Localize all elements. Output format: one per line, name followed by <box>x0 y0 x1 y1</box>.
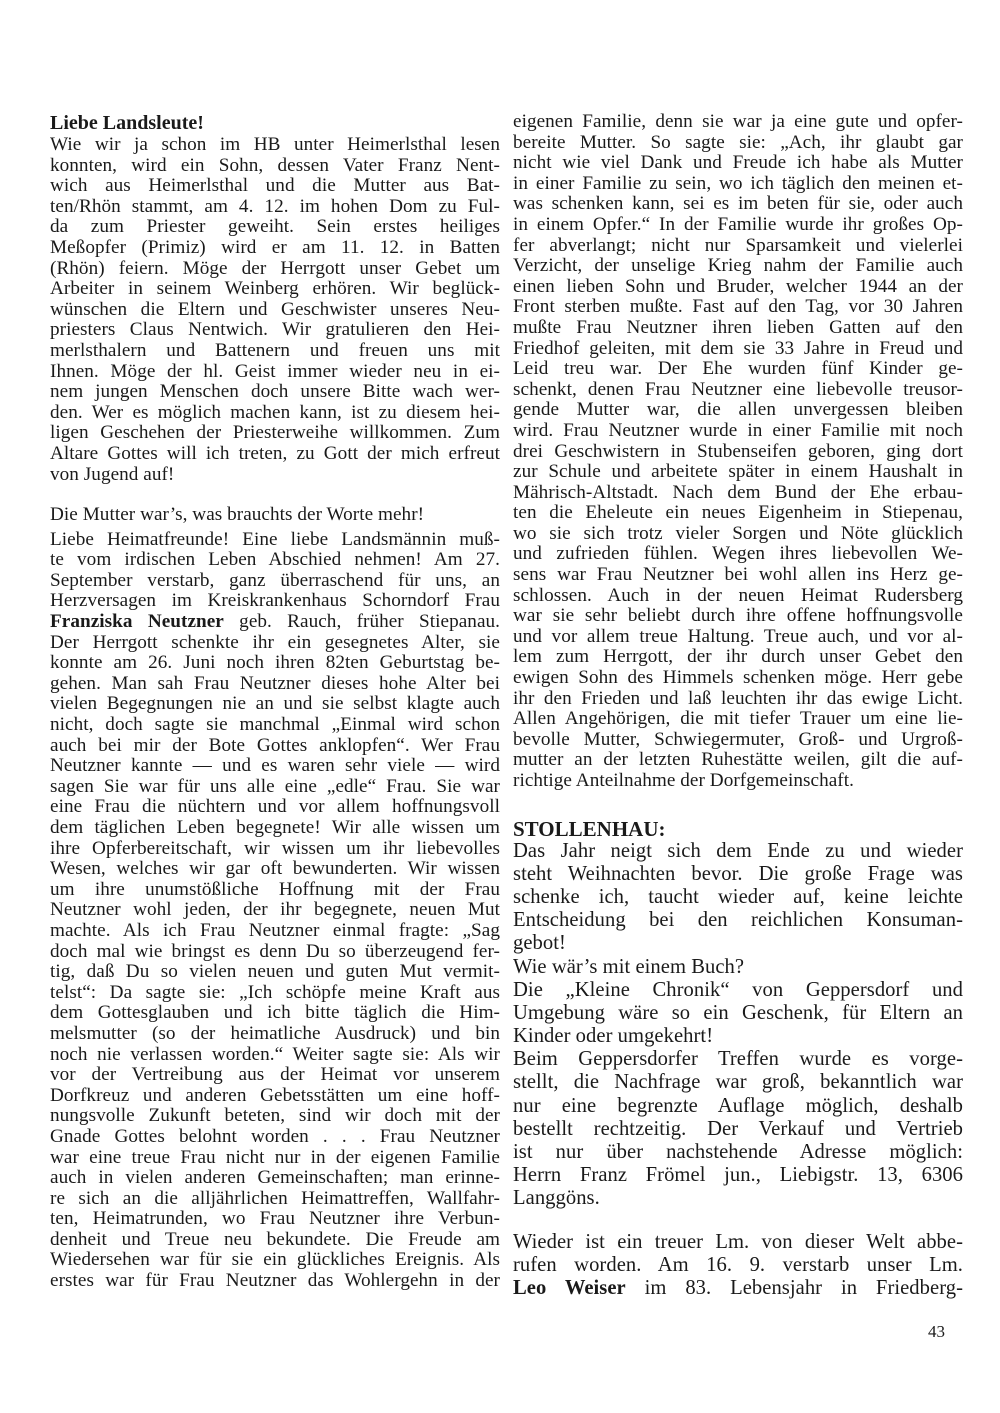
text-line: eine Frau die nüchtern und vor allem hof… <box>50 797 500 818</box>
text-line: Entscheidung bei den reichlichen Konsuma… <box>513 909 963 932</box>
text-line: nicht wie viel Dank und Freude ich habe … <box>513 153 963 174</box>
text-line: dem Gottesglauben und ich bitte täglich … <box>50 1003 500 1024</box>
text-line: doch mal wie bringst es denn Du so überz… <box>50 942 500 963</box>
text-line: steht Weihnachten bevor. Die große Frage… <box>513 863 963 886</box>
text-line: merlsthalern und Battenern und freuen un… <box>50 341 500 362</box>
text-line: Wesen, welches wir gar oft bewunderten. … <box>50 859 500 880</box>
text-line: sagen Sie war für uns alle eine „edle“ F… <box>50 777 500 798</box>
text-line: Umgebung wäre so ein Geschenk, für Elter… <box>513 1002 963 1025</box>
text-line: tig, daß Du so vielen neuen und guten Mu… <box>50 962 500 983</box>
text-line: gebot! <box>513 932 963 955</box>
text-line: was schenken kann, sei es im beten für s… <box>513 194 963 215</box>
text-line: nem jungen Menschen doch unsere Bitte wa… <box>50 382 500 403</box>
text-line: September verstarb, ganz überraschend fü… <box>50 571 500 592</box>
text-line: rufen worden. Am 16. 9. verstarb unser L… <box>513 1254 963 1277</box>
text-line: ihre Opferbereitschaft, wir wissen um ih… <box>50 839 500 860</box>
text-line: nur eine begrenzte Auflage möglich, desh… <box>513 1095 963 1118</box>
obituary-weiser-paragraph: Wieder ist ein treuer Lm. von dieser Wel… <box>513 1231 963 1301</box>
text-line: Altare Gottes will ich treten, zu Gott d… <box>50 444 500 465</box>
text-line: lem zum Herrgott, der ihr durch unser Ge… <box>513 647 963 668</box>
text-line: Gnade Gottes belohnt worden . . . Frau N… <box>50 1127 500 1148</box>
paragraph-gap <box>513 1211 963 1231</box>
text-line: wünschen die Eltern und Geschwister unse… <box>50 300 500 321</box>
text-line: drei Geschwistern in Stubenseifen gebore… <box>513 442 963 463</box>
paragraph-gap <box>513 792 963 818</box>
obituary-neutzner-paragraph: Liebe Heimatfreunde! Eine liebe Landsmän… <box>50 530 500 1292</box>
text-line: in einer Familie zu sein, wo ich täglich… <box>513 174 963 195</box>
text-line: erstes war für Frau Neutzner das Wohlerg… <box>50 1271 500 1292</box>
text-line: te vom irdischen Leben Abschied nehmen! … <box>50 550 500 571</box>
text-line: Wie wir ja schon im HB unter Heimerlstha… <box>50 135 500 156</box>
text-line: schlossen. Auch in der neuen Heimat Rude… <box>513 586 963 607</box>
text-line: Wiedersehen war für sie ein glückliches … <box>50 1250 500 1271</box>
text-line: Herzversagen im Kreiskrankenhaus Schornd… <box>50 591 500 612</box>
text-line: Neutzner wohl jeden, der ihr begegnete, … <box>50 900 500 921</box>
text-line: auch in vielen anderen Gemeinschaften; m… <box>50 1168 500 1189</box>
document-page: Liebe Landsleute! Wie wir ja schon im HB… <box>0 0 1000 1413</box>
text-line: noch nie verlassen worden.“ Weiter sagte… <box>50 1045 500 1066</box>
motto-line: Die Mutter war’s, was brauchts der Worte… <box>50 505 500 526</box>
text-line: wo sie sich trotz vieler Sorgen und Nöte… <box>513 524 963 545</box>
text-line: und vor allem treue Haltung. Treue auch,… <box>513 627 963 648</box>
text-line: Neutzner kannte — und es waren sehr viel… <box>50 756 500 777</box>
section-heading-liebe-landsleute: Liebe Landsleute! <box>50 112 500 135</box>
text-line: bevolle Mutter, Schwiegermuter, Groß- un… <box>513 730 963 751</box>
text-line: schenke ich, taucht wieder auf, keine le… <box>513 886 963 909</box>
text-line: priesters Claus Nentwich. Wir gratuliere… <box>50 320 500 341</box>
stollenhau-section: STOLLENHAU: Das Jahr neigt sich dem Ende… <box>513 818 963 1301</box>
text-line: nicht, doch sagte sie manchmal „Einmal w… <box>50 715 500 736</box>
text-line: ihr den Frieden und laß leuchten ihr das… <box>513 689 963 710</box>
text-line: gende Mutter war, die allen unvergessen … <box>513 400 963 421</box>
text-line: schenkt, denen Frau Neutzner eine liebev… <box>513 380 963 401</box>
text-line: melsmutter (so der heimatliche Ausdruck)… <box>50 1024 500 1045</box>
text-line: Dorfkreuz und anderen Gebetsstätten um e… <box>50 1086 500 1107</box>
left-column: Liebe Landsleute! Wie wir ja schon im HB… <box>50 112 500 1292</box>
right-column: eigenen Familie, denn sie war ja eine gu… <box>513 112 963 1300</box>
section-heading-stollenhau: STOLLENHAU: <box>513 818 963 840</box>
text-line: Friedhof geleiten, mit dem sie 33 Jahre … <box>513 339 963 360</box>
text-line: vor der Vertreibung aus der Heimat vor u… <box>50 1065 500 1086</box>
text-line: fer abverlangt; nicht nur Sparsamkeit un… <box>513 236 963 257</box>
text-line: wich aus Heimerlsthal und die Mutter aus… <box>50 176 500 197</box>
text-line: Mährisch-Altstadt. Nach dem Bund der Ehe… <box>513 483 963 504</box>
text-line: zur Schule und arbeitete später in einem… <box>513 462 963 483</box>
name-continuation: im 83. Lebensjahr in Friedberg- <box>626 1277 963 1299</box>
text-line: eigenen Familie, denn sie war ja eine gu… <box>513 112 963 133</box>
text-line: machte. Als ich Frau Neutzner einmal fra… <box>50 921 500 942</box>
text-line: ligen Geschehen der Priesterweihe willko… <box>50 423 500 444</box>
text-line: von Jugend auf! <box>50 465 500 486</box>
obituary-continuation-paragraph: eigenen Familie, denn sie war ja eine gu… <box>513 112 963 792</box>
text-line: Meßopfer (Primiz) wird er am 11. 12. in … <box>50 238 500 259</box>
text-line: Leid treu war. Der Ehe wurden fünf Kinde… <box>513 359 963 380</box>
text-line: auch bei mir der Bote Gottes anklopfen“.… <box>50 736 500 757</box>
text-line: denheit und Treue neu bekundete. Die Fre… <box>50 1230 500 1251</box>
text-line: gehen. Man sah Frau Neutzner dieses hohe… <box>50 674 500 695</box>
text-line: in einem Opfer.“ In der Familie wurde ih… <box>513 215 963 236</box>
text-line: Arbeiter in seinem Weinberg erhören. Wir… <box>50 279 500 300</box>
text-line: Allen Angehörigen, die mit tiefer Trauer… <box>513 709 963 730</box>
name-continuation: geb. Rauch, früher Stiepanau. <box>224 611 500 632</box>
text-line: richtige Anteilnahme der Dorfgemeinschaf… <box>513 771 963 792</box>
primiz-announcement-paragraph: Wie wir ja schon im HB unter Heimerlstha… <box>50 135 500 485</box>
text-line: da zum Priester geweiht. Sein erstes hei… <box>50 217 500 238</box>
text-line: war eine treue Frau nicht nur in der eig… <box>50 1148 500 1169</box>
page-number: 43 <box>928 1322 945 1342</box>
text-line: ewigen Sohn des Himmels schenken möge. H… <box>513 668 963 689</box>
deceased-name: Leo Weiser <box>513 1277 626 1299</box>
text-line: Wieder ist ein treuer Lm. von dieser Wel… <box>513 1231 963 1254</box>
text-line: vielen Begegnungen nie an und sie selbst… <box>50 694 500 715</box>
text-line: ten die Eheleute ein neues Eigenheim in … <box>513 503 963 524</box>
text-line: konnte am 26. Juni noch ihren 82ten Gebu… <box>50 653 500 674</box>
text-line: konnten, wird ein Sohn, dessen Vater Fra… <box>50 156 500 177</box>
text-line-with-name: Leo Weiser im 83. Lebensjahr in Friedber… <box>513 1277 963 1300</box>
text-line: Herrn Franz Frömel jun., Liebigstr. 13, … <box>513 1164 963 1187</box>
text-line: Beim Geppersdorfer Treffen wurde es vorg… <box>513 1048 963 1071</box>
text-line: ten, Heimatrunden, wo Frau Neutzner ihre… <box>50 1209 500 1230</box>
text-line: (Rhön) feiern. Möge der Herrgott unser G… <box>50 259 500 280</box>
text-line: sens war Frau Neutzner bei wohl allen in… <box>513 565 963 586</box>
text-line: Das Jahr neigt sich dem Ende zu und wied… <box>513 840 963 863</box>
text-line: bereite Mutter. So sagte sie: „Ach, ihr … <box>513 133 963 154</box>
text-line: einen lieben Sohn und Bruder, welcher 19… <box>513 277 963 298</box>
text-line: mutter an der letzten Ruhestätte weilen,… <box>513 750 963 771</box>
text-line: stellt, die Nachfrage war groß, bekanntl… <box>513 1071 963 1094</box>
text-line: Ihnen. Möge der hl. Geist immer wieder n… <box>50 362 500 383</box>
text-line: und zufrieden fühlen. Wegen ihres liebev… <box>513 544 963 565</box>
text-line: Verzicht, der unselige Krieg nahm der Fa… <box>513 256 963 277</box>
text-line: wird. Frau Neutzner wurde in einer Famil… <box>513 421 963 442</box>
text-line: ten/Rhön stammt, am 4. 12. im hohen Dom … <box>50 197 500 218</box>
text-line: Der Herrgott schenkte ihr ein gesegnetes… <box>50 633 500 654</box>
text-line: telst“: Da sagte sie: „Ich schöpfe meine… <box>50 983 500 1004</box>
deceased-name: Franziska Neutzner <box>50 611 224 632</box>
text-line: nungsvolle Zukunft beteten, sind wir doc… <box>50 1106 500 1127</box>
text-line: Front sterben mußte. Fast auf den Tag, v… <box>513 297 963 318</box>
paragraph-gap <box>50 485 500 505</box>
text-line: Langgöns. <box>513 1187 963 1210</box>
text-line: um ihre unumstößliche Hoffnung mit der F… <box>50 880 500 901</box>
text-line: re sich an die alljährlichen Heimattreff… <box>50 1189 500 1210</box>
text-line: Kinder oder umgekehrt! <box>513 1025 963 1048</box>
text-line: Die „Kleine Chronik“ von Geppersdorf und <box>513 979 963 1002</box>
text-line: Wie wär’s mit einem Buch? <box>513 956 963 979</box>
text-line: bestellt rechtzeitig. Der Verkauf und Ve… <box>513 1118 963 1141</box>
text-line-with-name: Franziska Neutzner geb. Rauch, früher St… <box>50 612 500 633</box>
text-line: Liebe Heimatfreunde! Eine liebe Landsmän… <box>50 530 500 551</box>
text-line: mußte Frau Neutzner ihren lieben Gatten … <box>513 318 963 339</box>
text-line: ist nur über nachstehende Adresse möglic… <box>513 1141 963 1164</box>
text-line: dem täglichen Leben begegnete! Wir alle … <box>50 818 500 839</box>
text-line: den. Wer es möglich machen kann, ist zu … <box>50 403 500 424</box>
text-line: war sie sehr beliebt durch ihre offene h… <box>513 606 963 627</box>
